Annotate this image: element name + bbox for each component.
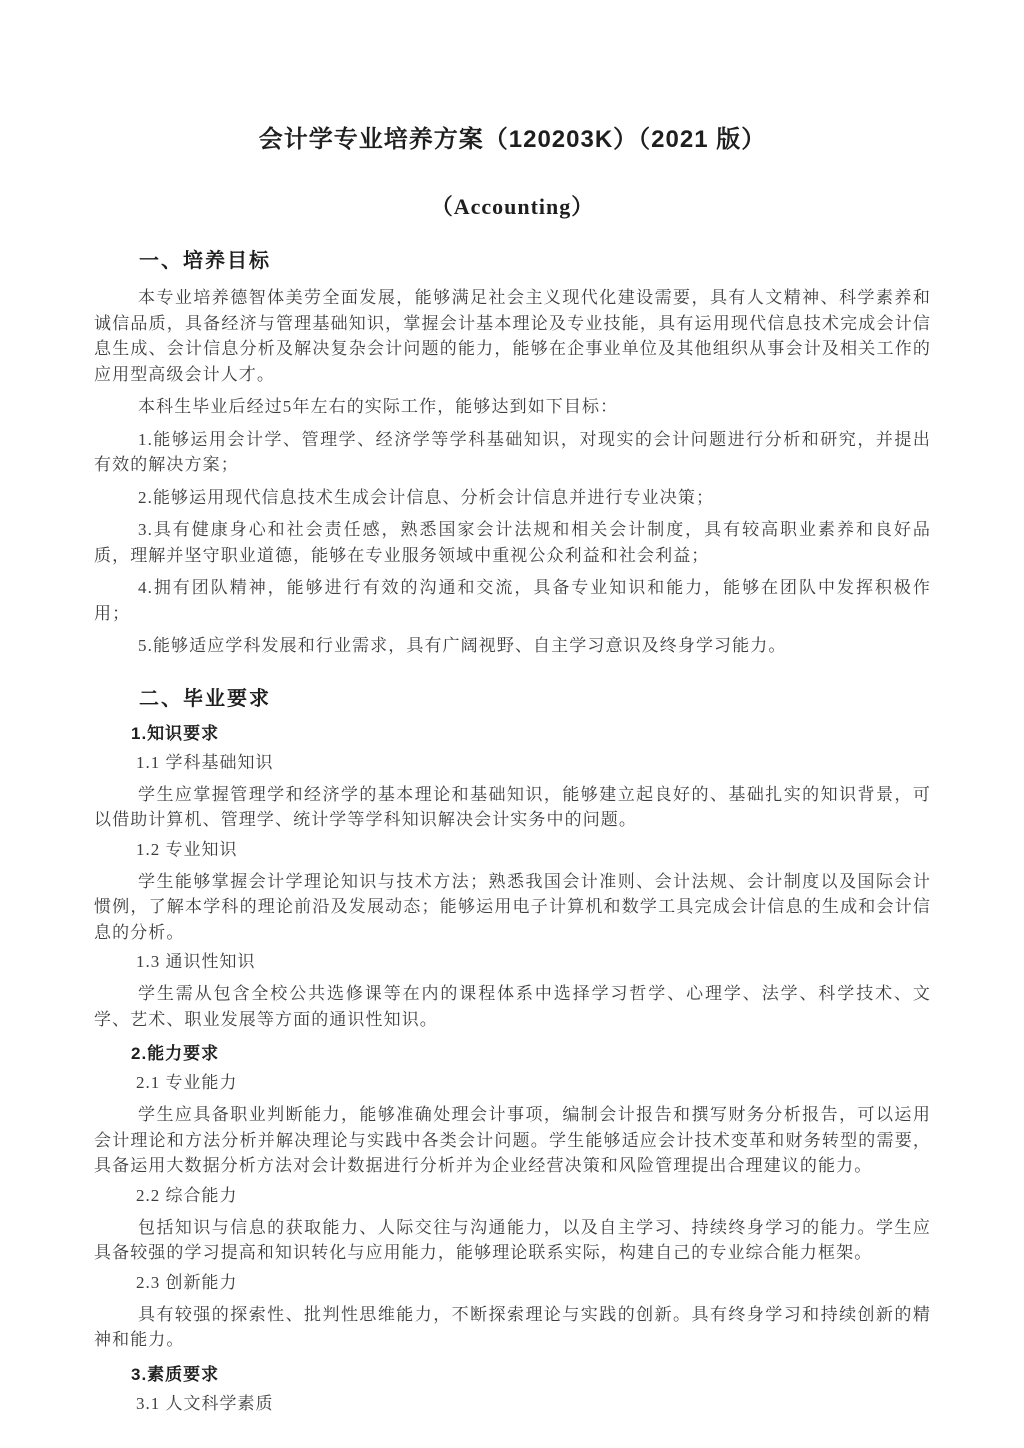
subheading-professional-ability: 2.1 专业能力 (94, 1070, 931, 1095)
paragraph-goal-intro: 本科生毕业后经过5年左右的实际工作，能够达到如下目标： (94, 394, 931, 420)
paragraph-goal-5: 5.能够适应学科发展和行业需求，具有广阔视野、自主学习意识及终身学习能力。 (94, 633, 931, 659)
subheading-discipline-foundation: 1.1 学科基础知识 (94, 750, 931, 775)
paragraph-comprehensive-ability: 包括知识与信息的获取能力、人际交往与沟通能力，以及自主学习、持续终身学习的能力。… (94, 1215, 931, 1266)
subheading-general-knowledge: 1.3 通识性知识 (94, 949, 931, 974)
document-page: 会计学专业培养方案（120203K）（2021 版） （Accounting） … (0, 0, 1024, 1448)
paragraph-goal-1: 1.能够运用会计学、管理学、经济学等学科基础知识，对现实的会计问题进行分析和研究… (94, 427, 931, 478)
document-subtitle: （Accounting） (94, 192, 931, 221)
subheading-quality-requirements: 3.素质要求 (94, 1362, 931, 1387)
paragraph-goal-3: 3.具有健康身心和社会责任感，熟悉国家会计法规和相关会计制度，具有较高职业素养和… (94, 517, 931, 568)
paragraph-discipline-foundation: 学生应掌握管理学和经济学的基本理论和基础知识，能够建立起良好的、基础扎实的知识背… (94, 782, 931, 833)
paragraph-general-knowledge: 学生需从包含全校公共选修课等在内的课程体系中选择学习哲学、心理学、法学、科学技术… (94, 981, 931, 1032)
subheading-knowledge-requirements: 1.知识要求 (94, 721, 931, 746)
subheading-innovation-ability: 2.3 创新能力 (94, 1270, 931, 1295)
subheading-humanities-science-quality: 3.1 人文科学素质 (94, 1391, 931, 1416)
paragraph-professional-knowledge: 学生能够掌握会计学理论知识与技术方法；熟悉我国会计准则、会计法规、会计制度以及国… (94, 869, 931, 946)
paragraph-objective-overview: 本专业培养德智体美劳全面发展，能够满足社会主义现代化建设需要，具有人文精神、科学… (94, 285, 931, 387)
paragraph-professional-ability: 学生应具备职业判断能力，能够准确处理会计事项，编制会计报告和撰写财务分析报告，可… (94, 1102, 931, 1179)
paragraph-goal-2: 2.能够运用现代信息技术生成会计信息、分析会计信息并进行专业决策； (94, 485, 931, 511)
subheading-professional-knowledge: 1.2 专业知识 (94, 837, 931, 862)
subheading-comprehensive-ability: 2.2 综合能力 (94, 1183, 931, 1208)
subheading-ability-requirements: 2.能力要求 (94, 1041, 931, 1066)
document-title: 会计学专业培养方案（120203K）（2021 版） (94, 124, 931, 155)
section-heading-training-objectives: 一、培养目标 (94, 248, 931, 274)
paragraph-goal-4: 4.拥有团队精神，能够进行有效的沟通和交流，具备专业知识和能力，能够在团队中发挥… (94, 575, 931, 626)
section-heading-graduation-requirements: 二、毕业要求 (94, 686, 931, 712)
paragraph-innovation-ability: 具有较强的探索性、批判性思维能力，不断探索理论与实践的创新。具有终身学习和持续创… (94, 1302, 931, 1353)
